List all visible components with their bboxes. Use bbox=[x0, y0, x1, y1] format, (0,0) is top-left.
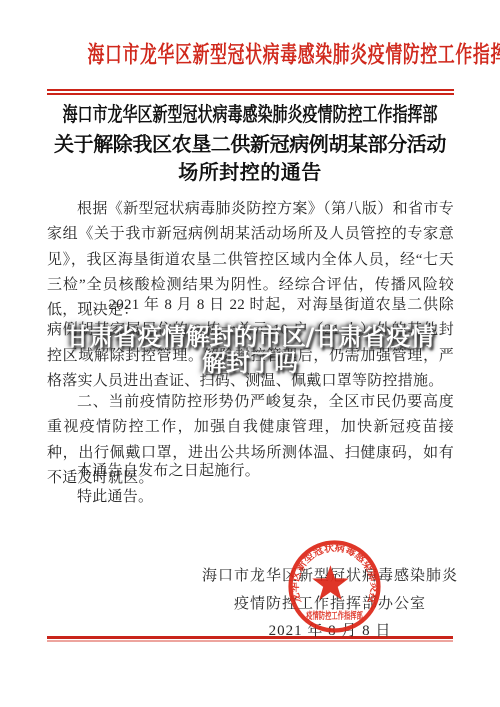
body-paragraph-4: 本通告自发布之日起施行。 bbox=[47, 459, 454, 484]
document-title-line2: 关于解除我区农垦二供新冠病例胡某部分活动 bbox=[0, 131, 500, 159]
red-header-banner: 海口市龙华区新型冠状病毒感染肺炎疫情防控工作指挥部文件 bbox=[0, 36, 500, 69]
seal-star-icon bbox=[312, 565, 349, 600]
header-double-rule bbox=[47, 89, 454, 95]
document-title-line3: 场所封控的通告 bbox=[0, 159, 500, 187]
official-seal: 海口市龙华区新型冠状病毒感染肺炎疫情防控 疫情防控工作指挥部 bbox=[286, 539, 383, 636]
header-rule-line-2 bbox=[47, 93, 454, 95]
watermark-overlay: 甘肃省疫情解封的市区/甘肃省疫情 解封了吗 bbox=[0, 326, 500, 375]
watermark-line1: 甘肃省疫情解封的市区/甘肃省疫情 bbox=[0, 326, 500, 349]
header-rule-line-1 bbox=[47, 89, 454, 91]
body-paragraph-5: 特此通告。 bbox=[47, 485, 454, 510]
document-title-line1: 海口市龙华区新型冠状病毒感染肺炎疫情防控工作指挥部 bbox=[0, 101, 500, 131]
document-page: 海口市龙华区新型冠状病毒感染肺炎疫情防控工作指挥部文件 海口市龙华区新型冠状病毒… bbox=[0, 0, 500, 707]
watermark-line2: 解封了吗 bbox=[0, 352, 500, 375]
document-title: 海口市龙华区新型冠状病毒感染肺炎疫情防控工作指挥部 关于解除我区农垦二供新冠病例… bbox=[0, 101, 500, 187]
red-header-banner-text: 海口市龙华区新型冠状病毒感染肺炎疫情防控工作指挥部文件 bbox=[87, 36, 500, 69]
seal-inner-text: 疫情防控工作指挥部 bbox=[306, 610, 364, 622]
seal-arc-text: 海口市龙华区新型冠状病毒感染肺炎疫情防控 bbox=[286, 539, 381, 606]
